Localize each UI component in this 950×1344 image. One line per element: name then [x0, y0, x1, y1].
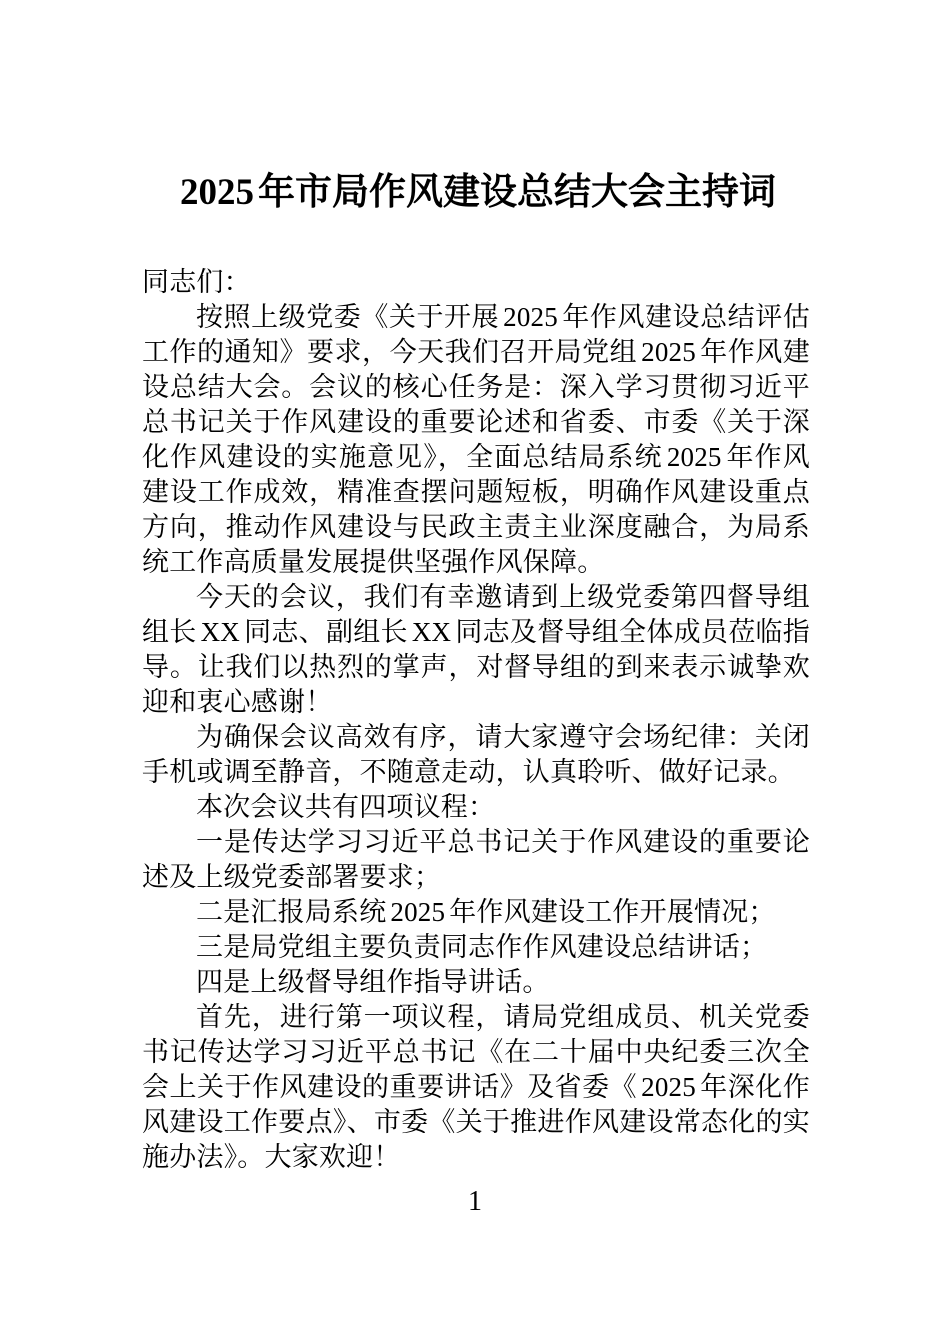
paragraph: 今天的会议，我们有幸邀请到上级党委第四督导组组长XX同志、副组长XX同志及督导组…	[142, 580, 810, 720]
paragraph: 三是局党组主要负责同志作作风建设总结讲话；	[142, 930, 810, 965]
latin-text: 2025	[386, 897, 449, 927]
paragraph: 首先，进行第一项议程，请局党组成员、机关党委书记传达学习习近平总书记《在二十届中…	[142, 1000, 810, 1175]
latin-text: XX	[408, 617, 455, 647]
paragraph: 四是上级督导组作指导讲话。	[142, 965, 810, 1000]
latin-text: 2025	[637, 337, 700, 367]
latin-text: 2025	[663, 442, 726, 472]
latin-text: 2025	[637, 1072, 700, 1102]
paragraph: 按照上级党委《关于开展2025年作风建设总结评估工作的通知》要求，今天我们召开局…	[142, 300, 810, 580]
latin-text: XX	[197, 617, 244, 647]
paragraph: 为确保会议高效有序，请大家遵守会场纪律：关闭手机或调至静音，不随意走动，认真聆听…	[142, 720, 810, 790]
paragraph: 本次会议共有四项议程：	[142, 790, 810, 825]
paragraph: 同志们：	[142, 265, 810, 300]
paragraph: 二是汇报局系统2025年作风建设工作开展情况；	[142, 895, 810, 930]
document-content: 2025年市局作风建设总结大会主持词 同志们：按照上级党委《关于开展2025年作…	[142, 0, 810, 1175]
latin-text: 2025	[176, 172, 258, 213]
page-number: 1	[0, 1184, 950, 1219]
document-page: 2025年市局作风建设总结大会主持词 同志们：按照上级党委《关于开展2025年作…	[0, 0, 950, 1344]
document-body: 同志们：按照上级党委《关于开展2025年作风建设总结评估工作的通知》要求，今天我…	[142, 265, 810, 1175]
document-title: 2025年市局作风建设总结大会主持词	[142, 167, 810, 218]
latin-text: 2025	[499, 302, 562, 332]
paragraph: 一是传达学习习近平总书记关于作风建设的重要论述及上级党委部署要求；	[142, 825, 810, 895]
